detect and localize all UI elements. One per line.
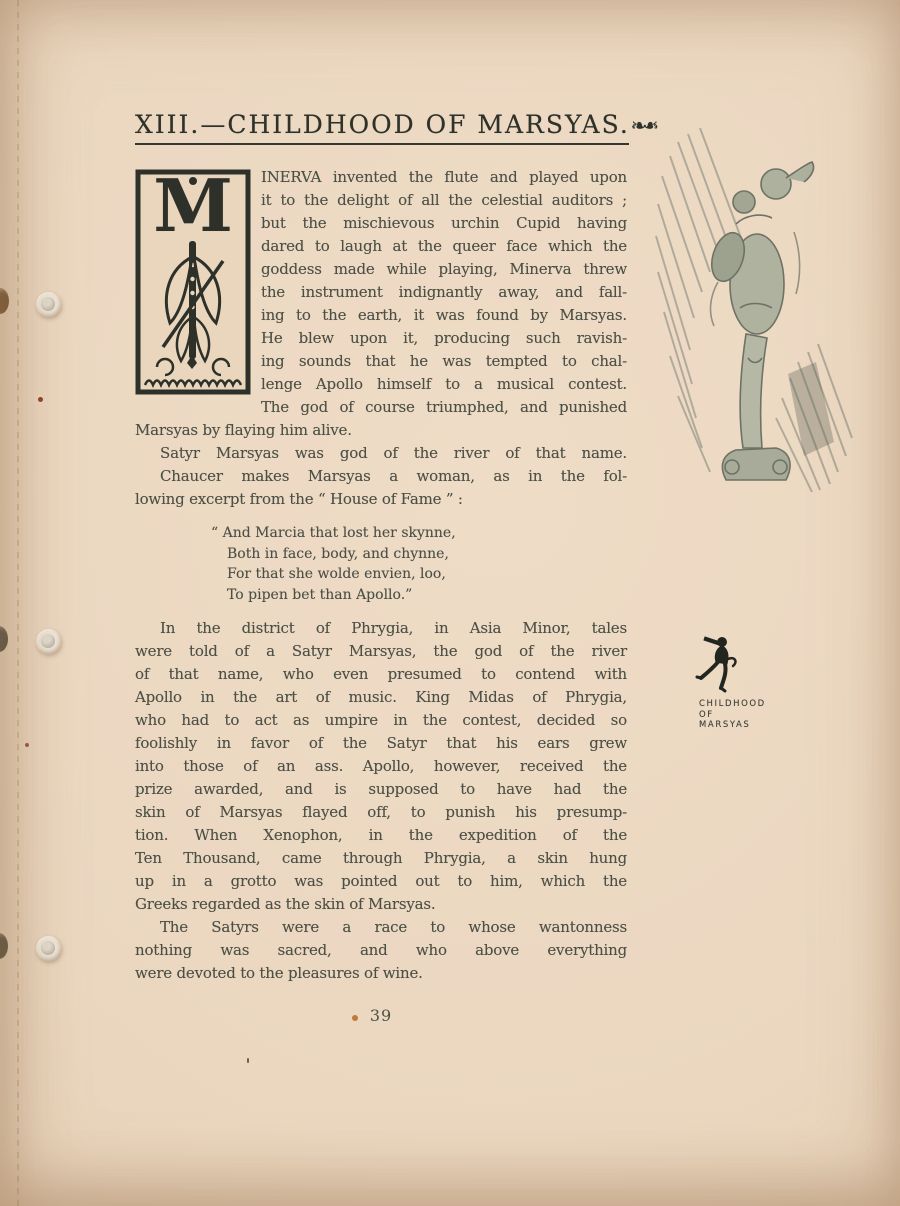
margin-caption: CHILDHOOD OF MARSYAS bbox=[699, 699, 766, 731]
text-line: lowing excerpt from the “ House of Fame … bbox=[135, 488, 627, 511]
caption-line: OF bbox=[699, 710, 766, 721]
text-line: The god of course triumphed, and punishe… bbox=[135, 396, 627, 419]
binder-ring-edge bbox=[0, 626, 8, 652]
verse-line: “ And Marcia that lost her skynne, bbox=[227, 523, 627, 544]
text-line: skin of Marsyas flayed off, to punish hi… bbox=[135, 801, 627, 824]
page-title-text: XIII.—CHILDHOOD OF MARSYAS. bbox=[135, 110, 630, 139]
page-number: 39 bbox=[135, 1006, 627, 1025]
text-line: were devoted to the pleasures of wine. bbox=[135, 962, 627, 985]
text-line: Satyr Marsyas was god of the river of th… bbox=[135, 442, 627, 465]
paper-speck bbox=[247, 1058, 249, 1063]
satyr-piper-icon bbox=[692, 634, 744, 694]
statue-sketch-illustration bbox=[648, 112, 858, 492]
text-line: Greeks regarded as the skin of Marsyas. bbox=[135, 893, 627, 916]
caption-line: CHILDHOOD bbox=[699, 699, 766, 710]
text-line: who had to act as umpire in the contest,… bbox=[135, 709, 627, 732]
binder-ring-edge bbox=[0, 288, 9, 314]
text-line: Ten Thousand, came through Phrygia, a sk… bbox=[135, 847, 627, 870]
text-line: The Satyrs were a race to whose wantonne… bbox=[135, 916, 627, 939]
verse-quotation: “ And Marcia that lost her skynne, Both … bbox=[211, 523, 627, 605]
caption-line: MARSYAS bbox=[699, 720, 766, 731]
text-line: Chaucer makes Marsyas a woman, as in the… bbox=[135, 465, 627, 488]
binder-eyelet bbox=[36, 629, 61, 654]
body-text-column: M INERVA invented the flute and played u… bbox=[135, 166, 627, 985]
scanned-book-page: { "meta": { "paper_color": "#ecd8c1", "i… bbox=[0, 0, 900, 1206]
verse-line: To pipen bet than Apollo.” bbox=[227, 585, 627, 606]
text-line: were told of a Satyr Marsyas, the god of… bbox=[135, 640, 627, 663]
text-line: nothing was sacred, and who above everyt… bbox=[135, 939, 627, 962]
text-line: foolishly in favor of the Satyr that his… bbox=[135, 732, 627, 755]
text-line: Apollo in the art of music. King Midas o… bbox=[135, 686, 627, 709]
paper-speck bbox=[38, 397, 43, 402]
text-line: prize awarded, and is supposed to have h… bbox=[135, 778, 627, 801]
text-line: of that name, who even presumed to conte… bbox=[135, 663, 627, 686]
eyelet-hole bbox=[41, 297, 55, 311]
verse-line: For that she wolde envien, loo, bbox=[227, 564, 627, 585]
verse-line: Both in face, body, and chynne, bbox=[227, 544, 627, 565]
title-underline bbox=[135, 143, 629, 145]
eyelet-hole bbox=[41, 634, 55, 648]
paper-speck bbox=[352, 1015, 358, 1021]
text-line: into those of an ass. Apollo, however, r… bbox=[135, 755, 627, 778]
text-line: Marsyas by flaying him alive. bbox=[135, 419, 627, 442]
chapter-header: XIII.—CHILDHOOD OF MARSYAS.❧❧ bbox=[135, 110, 629, 145]
page-title: XIII.—CHILDHOOD OF MARSYAS.❧❧ bbox=[135, 110, 629, 139]
binder-eyelet bbox=[36, 292, 61, 317]
text-line: In the district of Phrygia, in Asia Mino… bbox=[135, 617, 627, 640]
paper-speck bbox=[25, 743, 29, 747]
text-line: up in a grotto was pointed out to him, w… bbox=[135, 870, 627, 893]
binding-crease-line bbox=[17, 0, 19, 1206]
dropcap-initial-M: M bbox=[135, 169, 251, 395]
eyelet-hole bbox=[41, 941, 55, 955]
dropcap-ornament-icon: M bbox=[135, 169, 251, 395]
text-line: tion. When Xenophon, in the expedition o… bbox=[135, 824, 627, 847]
binder-ring-edge bbox=[0, 933, 8, 959]
binder-eyelet bbox=[36, 936, 61, 961]
